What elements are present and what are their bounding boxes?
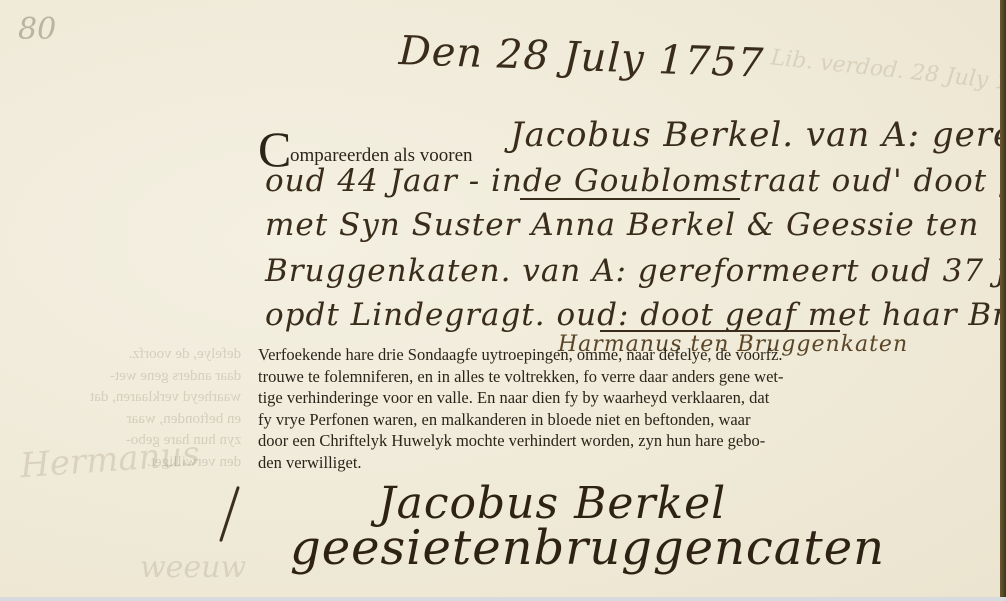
date-heading: Den 28 July 1757 (398, 28, 765, 87)
page-number-annotation: 80 (18, 12, 56, 47)
printed-line-6: den verwilliget. (258, 452, 948, 474)
handwritten-line-1: Jacobus Berkel. van A: gereformee (510, 115, 1000, 155)
printed-line-3: tige verhinderinge voor en valle. En naa… (258, 387, 948, 409)
bleed-through-top: Lib. verdod. 28 July 1757 (769, 45, 1000, 99)
printed-line-4: fy vrye Perfonen waren, en malkanderen i… (258, 409, 948, 431)
handwritten-line-2: oud 44 Jaar - inde Goublomstraat oud' do… (265, 163, 1000, 199)
printed-body-text: Verfoekende hare drie Sondaagfe uytroepi… (258, 344, 948, 474)
printed-line-5: door een Chriftelyk Huwelyk mochte verhi… (258, 430, 948, 452)
printed-line-1: Verfoekende hare drie Sondaagfe uytroepi… (258, 344, 948, 366)
register-page: Lib. verdod. 28 July 1757 Hermanus weeuw… (0, 0, 1000, 597)
printed-line-2: trouwe te folemniferen, en in alles te v… (258, 366, 948, 388)
book-binding-edge (1000, 0, 1006, 601)
bleed-through-left-lower: weeuw (140, 550, 246, 585)
underline-stroke (600, 330, 840, 332)
handwritten-line-3: met Syn Suster Anna Berkel & Geessie ten (265, 207, 979, 243)
signature-bride: geesietenbruggencaten (290, 520, 885, 576)
underline-stroke (520, 198, 740, 200)
handwritten-line-5: opdt Lindegragt. oud: doot geaf met haar… (265, 297, 1000, 333)
bleed-through-printed: defelye, de voorfz. daar anders gene wet… (90, 344, 241, 474)
handwritten-line-4: Bruggenkaten. van A: gereformeert oud 37… (265, 253, 1000, 289)
bottom-border (0, 597, 1006, 601)
margin-slash-mark (219, 486, 240, 542)
